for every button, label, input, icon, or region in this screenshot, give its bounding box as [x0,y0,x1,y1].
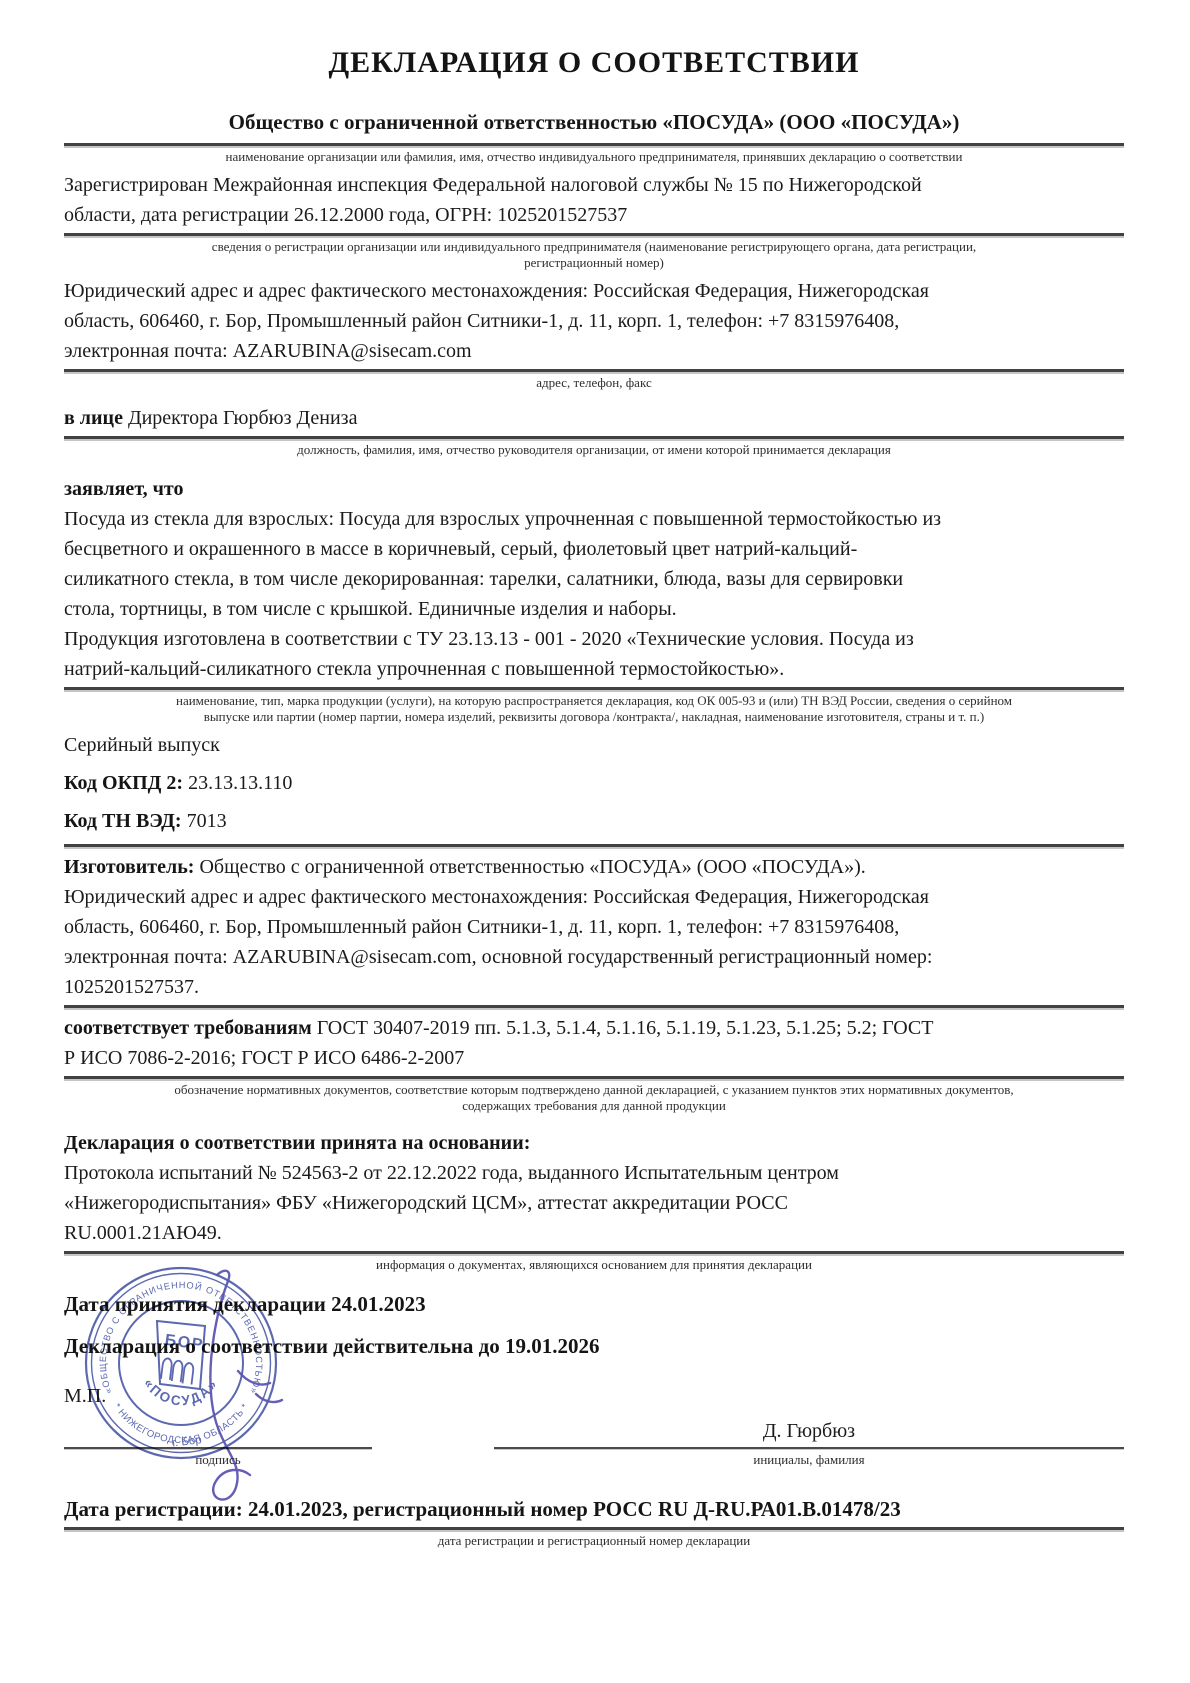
tnved-line: Код ТН ВЭД: 7013 [64,806,1124,836]
person-label: в лице [64,407,123,429]
field-line [64,1251,1124,1254]
basis-text: Протокола испытаний № 524563-2 от 22.12.… [64,1158,1124,1248]
signature-left: подпись [64,1444,372,1468]
okpd-line: Код ОКПД 2: 23.13.13.110 [64,768,1124,798]
signature-caption: подпись [64,1452,372,1468]
okpd-value: 23.13.13.110 [188,772,292,794]
person-value: Директора Гюрбюз Дениза [128,407,358,429]
person-line: в лице Директора Гюрбюз Дениза [64,403,1124,433]
name-caption: инициалы, фамилия [494,1452,1124,1468]
address-caption: адрес, телефон, факс [64,375,1124,391]
basis-caption: информация о документах, являющихся осно… [64,1257,1124,1273]
manufacturer-text: Общество с ограниченной ответственностью… [64,856,932,998]
valid-until: Декларация о соответствии действительна … [64,1331,1124,1361]
declaration-document: ДЕКЛАРАЦИЯ О СООТВЕТСТВИИ Общество с огр… [0,0,1190,1683]
field-line [64,233,1124,236]
product-caption: наименование, тип, марка продукции (услу… [64,693,1124,725]
field-line [64,1527,1124,1530]
applicant-name: Общество с ограниченной ответственностью… [64,110,1124,135]
stamp-place-label: М.П. [64,1385,1124,1408]
registration-date-line: Дата регистрации: 24.01.2023, регистраци… [64,1494,1124,1524]
field-line [64,143,1124,146]
signer-name: Д. Гюрбюз [494,1418,1124,1444]
applicant-caption: наименование организации или фамилия, им… [64,149,1124,165]
registration-info: Зарегистрирован Межрайонная инспекция Фе… [64,170,1124,230]
signature-row: подпись Д. Гюрбюз инициалы, фамилия [64,1418,1124,1468]
declares-label-text: заявляет, что [64,478,183,500]
conformity-label: соответствует требованиям [64,1017,312,1039]
document-title: ДЕКЛАРАЦИЯ О СООТВЕТСТВИИ [64,46,1124,80]
field-line [64,1076,1124,1079]
field-line [64,844,1124,847]
signature-line [64,1447,372,1449]
applicant-address: Юридический адрес и адрес фактического м… [64,276,1124,366]
signature-right: Д. Гюрбюз инициалы, фамилия [494,1418,1124,1468]
field-line [64,369,1124,372]
product-description: Посуда из стекла для взрослых: Посуда дл… [64,504,1124,684]
basis-label-text: Декларация о соответствии принята на осн… [64,1132,530,1154]
field-line [64,436,1124,439]
conformity-caption: обозначение нормативных документов, соот… [64,1082,1124,1114]
adoption-date: Дата принятия декларации 24.01.2023 [64,1289,1124,1319]
tnved-label: Код ТН ВЭД: [64,810,182,832]
registration-caption: дата регистрации и регистрационный номер… [64,1533,1124,1549]
manufacturer-label: Изготовитель: [64,856,194,878]
serial-issue: Серийный выпуск [64,730,1124,760]
okpd-label: Код ОКПД 2: [64,772,183,794]
registration-info-caption: сведения о регистрации организации или и… [64,239,1124,271]
signature-block: Дата принятия декларации 24.01.2023 Декл… [64,1289,1124,1549]
basis-label: Декларация о соответствии принята на осн… [64,1128,1124,1158]
tnved-value: 7013 [187,810,227,832]
name-line [494,1447,1124,1449]
conformity-paragraph: соответствует требованиям ГОСТ 30407-201… [64,1013,1124,1073]
manufacturer-paragraph: Изготовитель: Общество с ограниченной от… [64,852,1124,1002]
field-line [64,687,1124,690]
declares-label: заявляет, что [64,474,1124,504]
person-caption: должность, фамилия, имя, отчество руково… [64,442,1124,458]
field-line [64,1005,1124,1008]
